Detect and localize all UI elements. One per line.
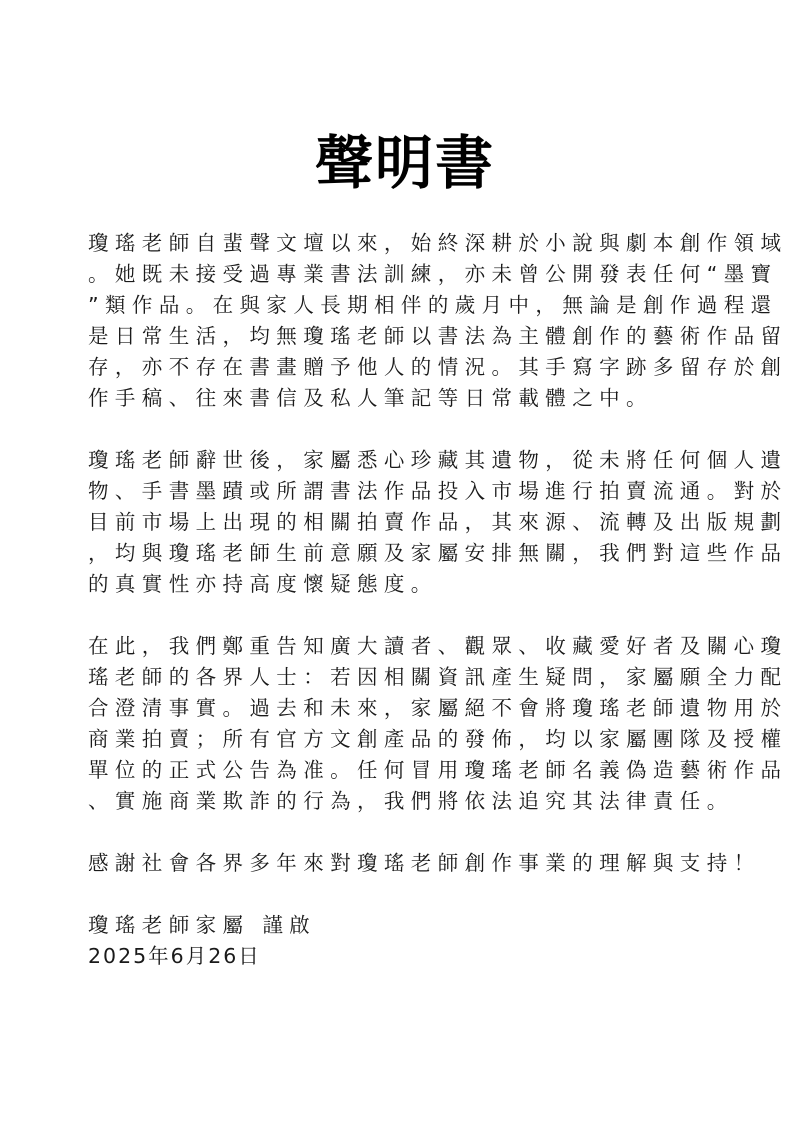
text-line: 單位的正式公告為准。任何冒用瓊瑤老師名義偽造藝術作品 <box>88 755 748 786</box>
signer-name: 瓊瑤老師家屬 謹啟 <box>88 910 748 941</box>
text-line: 。她既未接受過專業書法訓練，亦未曾公開發表任何“墨寶 <box>88 259 748 290</box>
text-line: 商業拍賣；所有官方文創產品的發佈，均以家屬團隊及授權 <box>88 724 748 755</box>
paragraph-thanks: 感謝社會各界多年來對瓊瑤老師創作事業的理解與支持！ <box>88 848 748 879</box>
text-line: 合澄清事實。過去和未來，家屬絕不會將瓊瑤老師遺物用於 <box>88 693 748 724</box>
paragraph-background: 瓊瑤老師自蜚聲文壇以來，始終深耕於小說與劇本創作領域 。她既未接受過專業書法訓練… <box>88 228 748 414</box>
text-line: 是日常生活，均無瓊瑤老師以書法為主體創作的藝術作品留 <box>88 321 748 352</box>
paragraph-notice: 在此，我們鄭重告知廣大讀者、觀眾、收藏愛好者及關心瓊 瑤老師的各界人士：若因相關… <box>88 631 748 817</box>
text-line: 感謝社會各界多年來對瓊瑤老師創作事業的理解與支持！ <box>88 848 748 879</box>
signature-block: 瓊瑤老師家屬 謹啟 2025年6月26日 <box>88 910 748 972</box>
text-line: ，均與瓊瑤老師生前意願及家屬安排無關，我們對這些作品 <box>88 538 748 569</box>
text-line: 物、手書墨蹟或所謂書法作品投入市場進行拍賣流通。對於 <box>88 476 748 507</box>
text-line: 瑤老師的各界人士：若因相關資訊產生疑問，家屬願全力配 <box>88 662 748 693</box>
text-line: 、實施商業欺詐的行為，我們將依法追究其法律責任。 <box>88 786 748 817</box>
text-line: 在此，我們鄭重告知廣大讀者、觀眾、收藏愛好者及關心瓊 <box>88 631 748 662</box>
text-line: 存，亦不存在書畫贈予他人的情況。其手寫字跡多留存於創 <box>88 352 748 383</box>
text-line: 瓊瑤老師辭世後，家屬悉心珍藏其遺物，從未將任何個人遺 <box>88 445 748 476</box>
text-line: 作手稿、往來書信及私人筆記等日常載體之中。 <box>88 383 748 414</box>
signature-date: 2025年6月26日 <box>88 941 748 972</box>
document-title: 聲明書 <box>0 125 810 201</box>
text-line: ”類作品。在與家人長期相伴的歲月中，無論是創作過程還 <box>88 290 748 321</box>
text-line: 目前市場上出現的相關拍賣作品，其來源、流轉及出版規劃 <box>88 507 748 538</box>
text-line: 瓊瑤老師自蜚聲文壇以來，始終深耕於小說與劇本創作領域 <box>88 228 748 259</box>
document-body: 瓊瑤老師自蜚聲文壇以來，始終深耕於小說與劇本創作領域 。她既未接受過專業書法訓練… <box>88 228 748 972</box>
paragraph-estate: 瓊瑤老師辭世後，家屬悉心珍藏其遺物，從未將任何個人遺 物、手書墨蹟或所謂書法作品… <box>88 445 748 600</box>
text-line: 的真實性亦持高度懷疑態度。 <box>88 569 748 600</box>
